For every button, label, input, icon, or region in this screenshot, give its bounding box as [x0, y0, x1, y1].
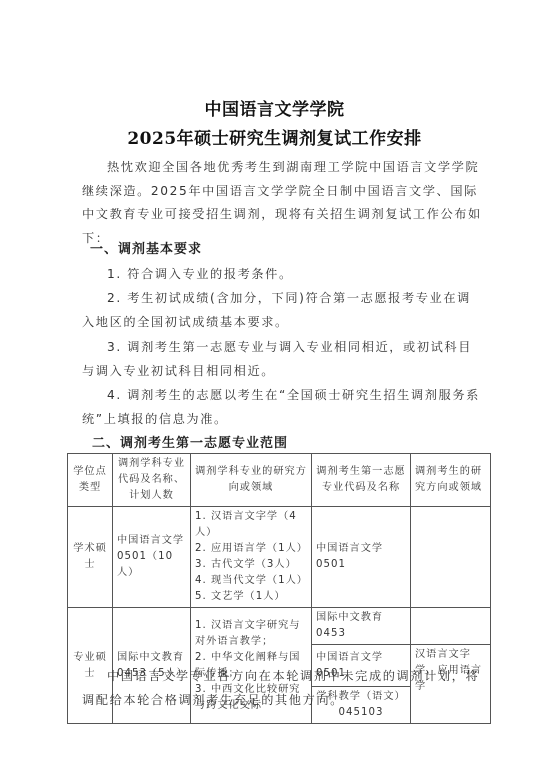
table-row: 学术硕士 中国语言文学0501（10人） 1. 汉语言文字学（4人） 2. 应用…: [68, 507, 491, 608]
header-directions: 调剂学科专业的研究方向或领域: [191, 454, 312, 507]
direction-item: 1. 汉语言文字学（4人）: [195, 509, 307, 541]
cell-candidate-direction: [411, 507, 491, 608]
requirement-2: 2. 考生初试成绩(含加分，下同)符合第一志愿报考专业在调入地区的全国初试成绩基…: [82, 287, 482, 334]
cell-major: 中国语言文学0501（10人）: [113, 507, 191, 608]
requirement-3: 3. 调剂考生第一志愿专业与调入专业相同相近，或初试科目与调入专业初试科目相同相…: [82, 336, 482, 383]
header-candidate-direction: 调剂考生的研究方向或领域: [411, 454, 491, 507]
header-degree-type: 学位点类型: [68, 454, 113, 507]
cell-degree-type: 学术硕士: [68, 507, 113, 608]
direction-item: 5. 文艺学（1人）: [195, 589, 307, 605]
cell-candidate-direction-empty: [411, 608, 491, 645]
requirement-4: 4. 调剂考生的志愿以考生在“全国硕士研究生招生调剂服务系统”上填报的信息为准。: [82, 384, 482, 431]
document-title-line2: 2025年硕士研究生调剂复试工作安排: [0, 124, 549, 149]
direction-item: 4. 现当代文学（1人）: [195, 573, 307, 589]
header-first-choice: 调剂考生第一志愿专业代码及名称: [312, 454, 411, 507]
direction-item: 2. 应用语言学（1人）: [195, 541, 307, 557]
cell-first-choice: 中国语言文学0501: [312, 507, 411, 608]
direction-item: 1. 汉语言文字研究与对外语言教学；: [195, 618, 307, 650]
footer-paragraph: 中国语言文学专业各方向在本轮调剂中未完成的调剂计划，将调配给本轮合格调剂考生充足…: [82, 665, 482, 712]
intro-paragraph: 热忱欢迎全国各地优秀考生到湖南理工学院中国语言文学学院继续深造。2025年中国语…: [82, 156, 482, 250]
header-major: 调剂学科专业代码及名称、计划人数: [113, 454, 191, 507]
section1-heading: 一、调剂基本要求: [90, 238, 202, 257]
cell-directions: 1. 汉语言文字学（4人） 2. 应用语言学（1人） 3. 古代文学（3人） 4…: [191, 507, 312, 608]
table-row: 专业硕士 国际中文教育0453（5人） 1. 汉语言文字研究与对外语言教学； 2…: [68, 608, 491, 645]
document-page: 中国语言文学学院 2025年硕士研究生调剂复试工作安排 热忱欢迎全国各地优秀考生…: [0, 0, 549, 772]
section2-heading: 二、调剂考生第一志愿专业范围: [92, 432, 288, 451]
requirement-1: 1. 符合调入专业的报考条件。: [82, 263, 482, 287]
table-header-row: 学位点类型 调剂学科专业代码及名称、计划人数 调剂学科专业的研究方向或领域 调剂…: [68, 454, 491, 507]
cell-first-choice: 国际中文教育0453: [312, 608, 411, 645]
document-title-line1: 中国语言文学学院: [0, 95, 549, 120]
direction-item: 3. 古代文学（3人）: [195, 557, 307, 573]
